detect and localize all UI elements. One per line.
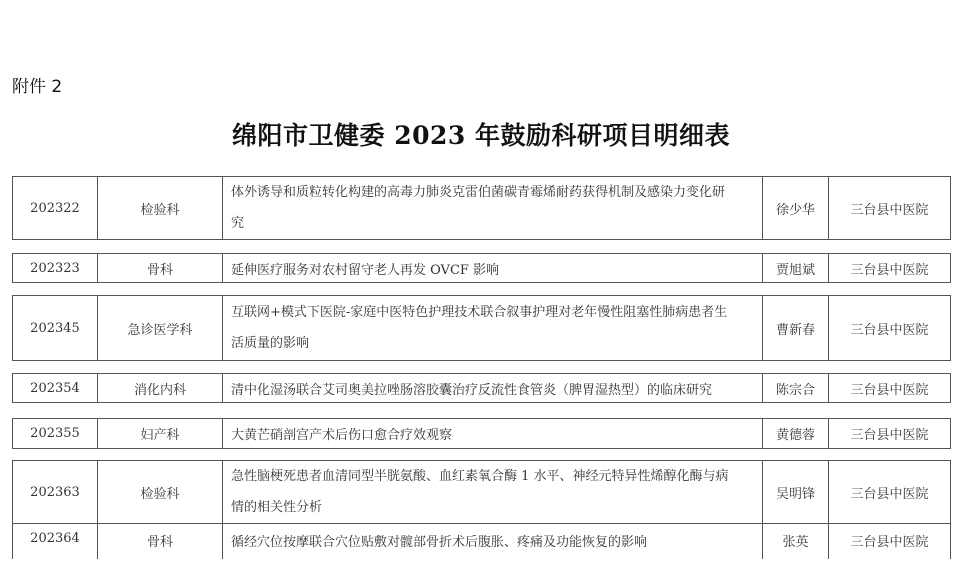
- project-title-line: 体外诱导和质粒转化构建的高毒力肺炎克雷伯菌碳青霉烯耐药获得机制及感染力变化研: [231, 177, 756, 208]
- project-title-line: 大黄芒硝剖宫产术后伤口愈合疗效观察: [231, 428, 452, 443]
- project-id-cell: 202345: [13, 296, 98, 361]
- principal-cell: 黄德蓉: [763, 419, 829, 449]
- department-cell: 急诊医学科: [98, 296, 223, 361]
- project-title-line: 急性脑梗死患者血清同型半胱氨酸、血红素氧合酶 1 水平、神经元特异性烯醇化酶与病: [231, 461, 756, 492]
- table-row: 202322 检验科 体外诱导和质粒转化构建的高毒力肺炎克雷伯菌碳青霉烯耐药获得…: [13, 177, 951, 240]
- project-title-cell: 延伸医疗服务对农村留守老人再发 OVCF 影响: [223, 254, 763, 283]
- department-cell: 检验科: [98, 177, 223, 240]
- organization-cell: 三台县中医院: [829, 254, 951, 283]
- organization-cell: 三台县中医院: [829, 177, 951, 240]
- project-title-line: 循经穴位按摩联合穴位贴敷对髋部骨折术后腹胀、疼痛及功能恢复的影响: [231, 535, 647, 550]
- principal-cell: 曹新春: [763, 296, 829, 361]
- attachment-label: 附件 2: [12, 72, 62, 97]
- table-row: 202345 急诊医学科 互联网+模式下医院-家庭中医特色护理技术联合叙事护理对…: [13, 296, 951, 361]
- project-title-line: 究: [231, 208, 756, 239]
- organization-cell: 三台县中医院: [829, 524, 951, 559]
- principal-cell: 陈宗合: [763, 374, 829, 403]
- table-row: 202323 骨科 延伸医疗服务对农村留守老人再发 OVCF 影响 贾旭斌 三台…: [13, 254, 951, 283]
- project-table-block: 202322 检验科 体外诱导和质粒转化构建的高毒力肺炎克雷伯菌碳青霉烯耐药获得…: [12, 176, 951, 240]
- department-cell: 妇产科: [98, 419, 223, 449]
- project-id-cell: 202355: [13, 419, 98, 449]
- project-title-cell: 清中化湿汤联合艾司奥美拉唑肠溶胶囊治疗反流性食管炎（脾胃湿热型）的临床研究: [223, 374, 763, 403]
- principal-cell: 贾旭斌: [763, 254, 829, 283]
- project-table-block: 202354 消化内科 清中化湿汤联合艾司奥美拉唑肠溶胶囊治疗反流性食管炎（脾胃…: [12, 373, 951, 403]
- project-title-line: 互联网+模式下医院-家庭中医特色护理技术联合叙事护理对老年慢性阻塞性肺病患者生: [231, 297, 756, 328]
- organization-cell: 三台县中医院: [829, 296, 951, 361]
- project-table-block: 202355 妇产科 大黄芒硝剖宫产术后伤口愈合疗效观察 黄德蓉 三台县中医院: [12, 418, 951, 449]
- project-title-line: 情的相关性分析: [231, 492, 756, 523]
- table-row: 202364 骨科 循经穴位按摩联合穴位贴敷对髋部骨折术后腹胀、疼痛及功能恢复的…: [13, 524, 951, 559]
- department-cell: 骨科: [98, 254, 223, 283]
- project-id-cell: 202364: [13, 524, 98, 559]
- project-title-line: 活质量的影响: [231, 328, 756, 359]
- project-title-line: 清中化湿汤联合艾司奥美拉唑肠溶胶囊治疗反流性食管炎（脾胃湿热型）的临床研究: [231, 383, 712, 398]
- table-row: 202354 消化内科 清中化湿汤联合艾司奥美拉唑肠溶胶囊治疗反流性食管炎（脾胃…: [13, 374, 951, 403]
- table-row: 202355 妇产科 大黄芒硝剖宫产术后伤口愈合疗效观察 黄德蓉 三台县中医院: [13, 419, 951, 449]
- department-cell: 骨科: [98, 524, 223, 559]
- project-title-cell: 急性脑梗死患者血清同型半胱氨酸、血红素氧合酶 1 水平、神经元特异性烯醇化酶与病…: [223, 461, 763, 524]
- project-title-line: 延伸医疗服务对农村留守老人再发 OVCF 影响: [231, 263, 499, 278]
- project-title-cell: 体外诱导和质粒转化构建的高毒力肺炎克雷伯菌碳青霉烯耐药获得机制及感染力变化研 究: [223, 177, 763, 240]
- project-table-block: 202323 骨科 延伸医疗服务对农村留守老人再发 OVCF 影响 贾旭斌 三台…: [12, 253, 951, 283]
- principal-cell: 吴明锋: [763, 461, 829, 524]
- project-title-cell: 大黄芒硝剖宫产术后伤口愈合疗效观察: [223, 419, 763, 449]
- organization-cell: 三台县中医院: [829, 419, 951, 449]
- document-title: 绵阳市卫健委 2023 年鼓励科研项目明细表: [0, 116, 962, 152]
- organization-cell: 三台县中医院: [829, 461, 951, 524]
- project-id-cell: 202323: [13, 254, 98, 283]
- project-title-cell: 互联网+模式下医院-家庭中医特色护理技术联合叙事护理对老年慢性阻塞性肺病患者生 …: [223, 296, 763, 361]
- principal-cell: 徐少华: [763, 177, 829, 240]
- department-cell: 检验科: [98, 461, 223, 524]
- project-id-cell: 202354: [13, 374, 98, 403]
- department-cell: 消化内科: [98, 374, 223, 403]
- project-id-cell: 202322: [13, 177, 98, 240]
- project-title-cell: 循经穴位按摩联合穴位贴敷对髋部骨折术后腹胀、疼痛及功能恢复的影响: [223, 524, 763, 559]
- table-row: 202363 检验科 急性脑梗死患者血清同型半胱氨酸、血红素氧合酶 1 水平、神…: [13, 461, 951, 524]
- project-id-cell: 202363: [13, 461, 98, 524]
- organization-cell: 三台县中医院: [829, 374, 951, 403]
- project-table-block: 202345 急诊医学科 互联网+模式下医院-家庭中医特色护理技术联合叙事护理对…: [12, 295, 951, 361]
- project-table-block: 202363 检验科 急性脑梗死患者血清同型半胱氨酸、血红素氧合酶 1 水平、神…: [12, 460, 951, 559]
- principal-cell: 张英: [763, 524, 829, 559]
